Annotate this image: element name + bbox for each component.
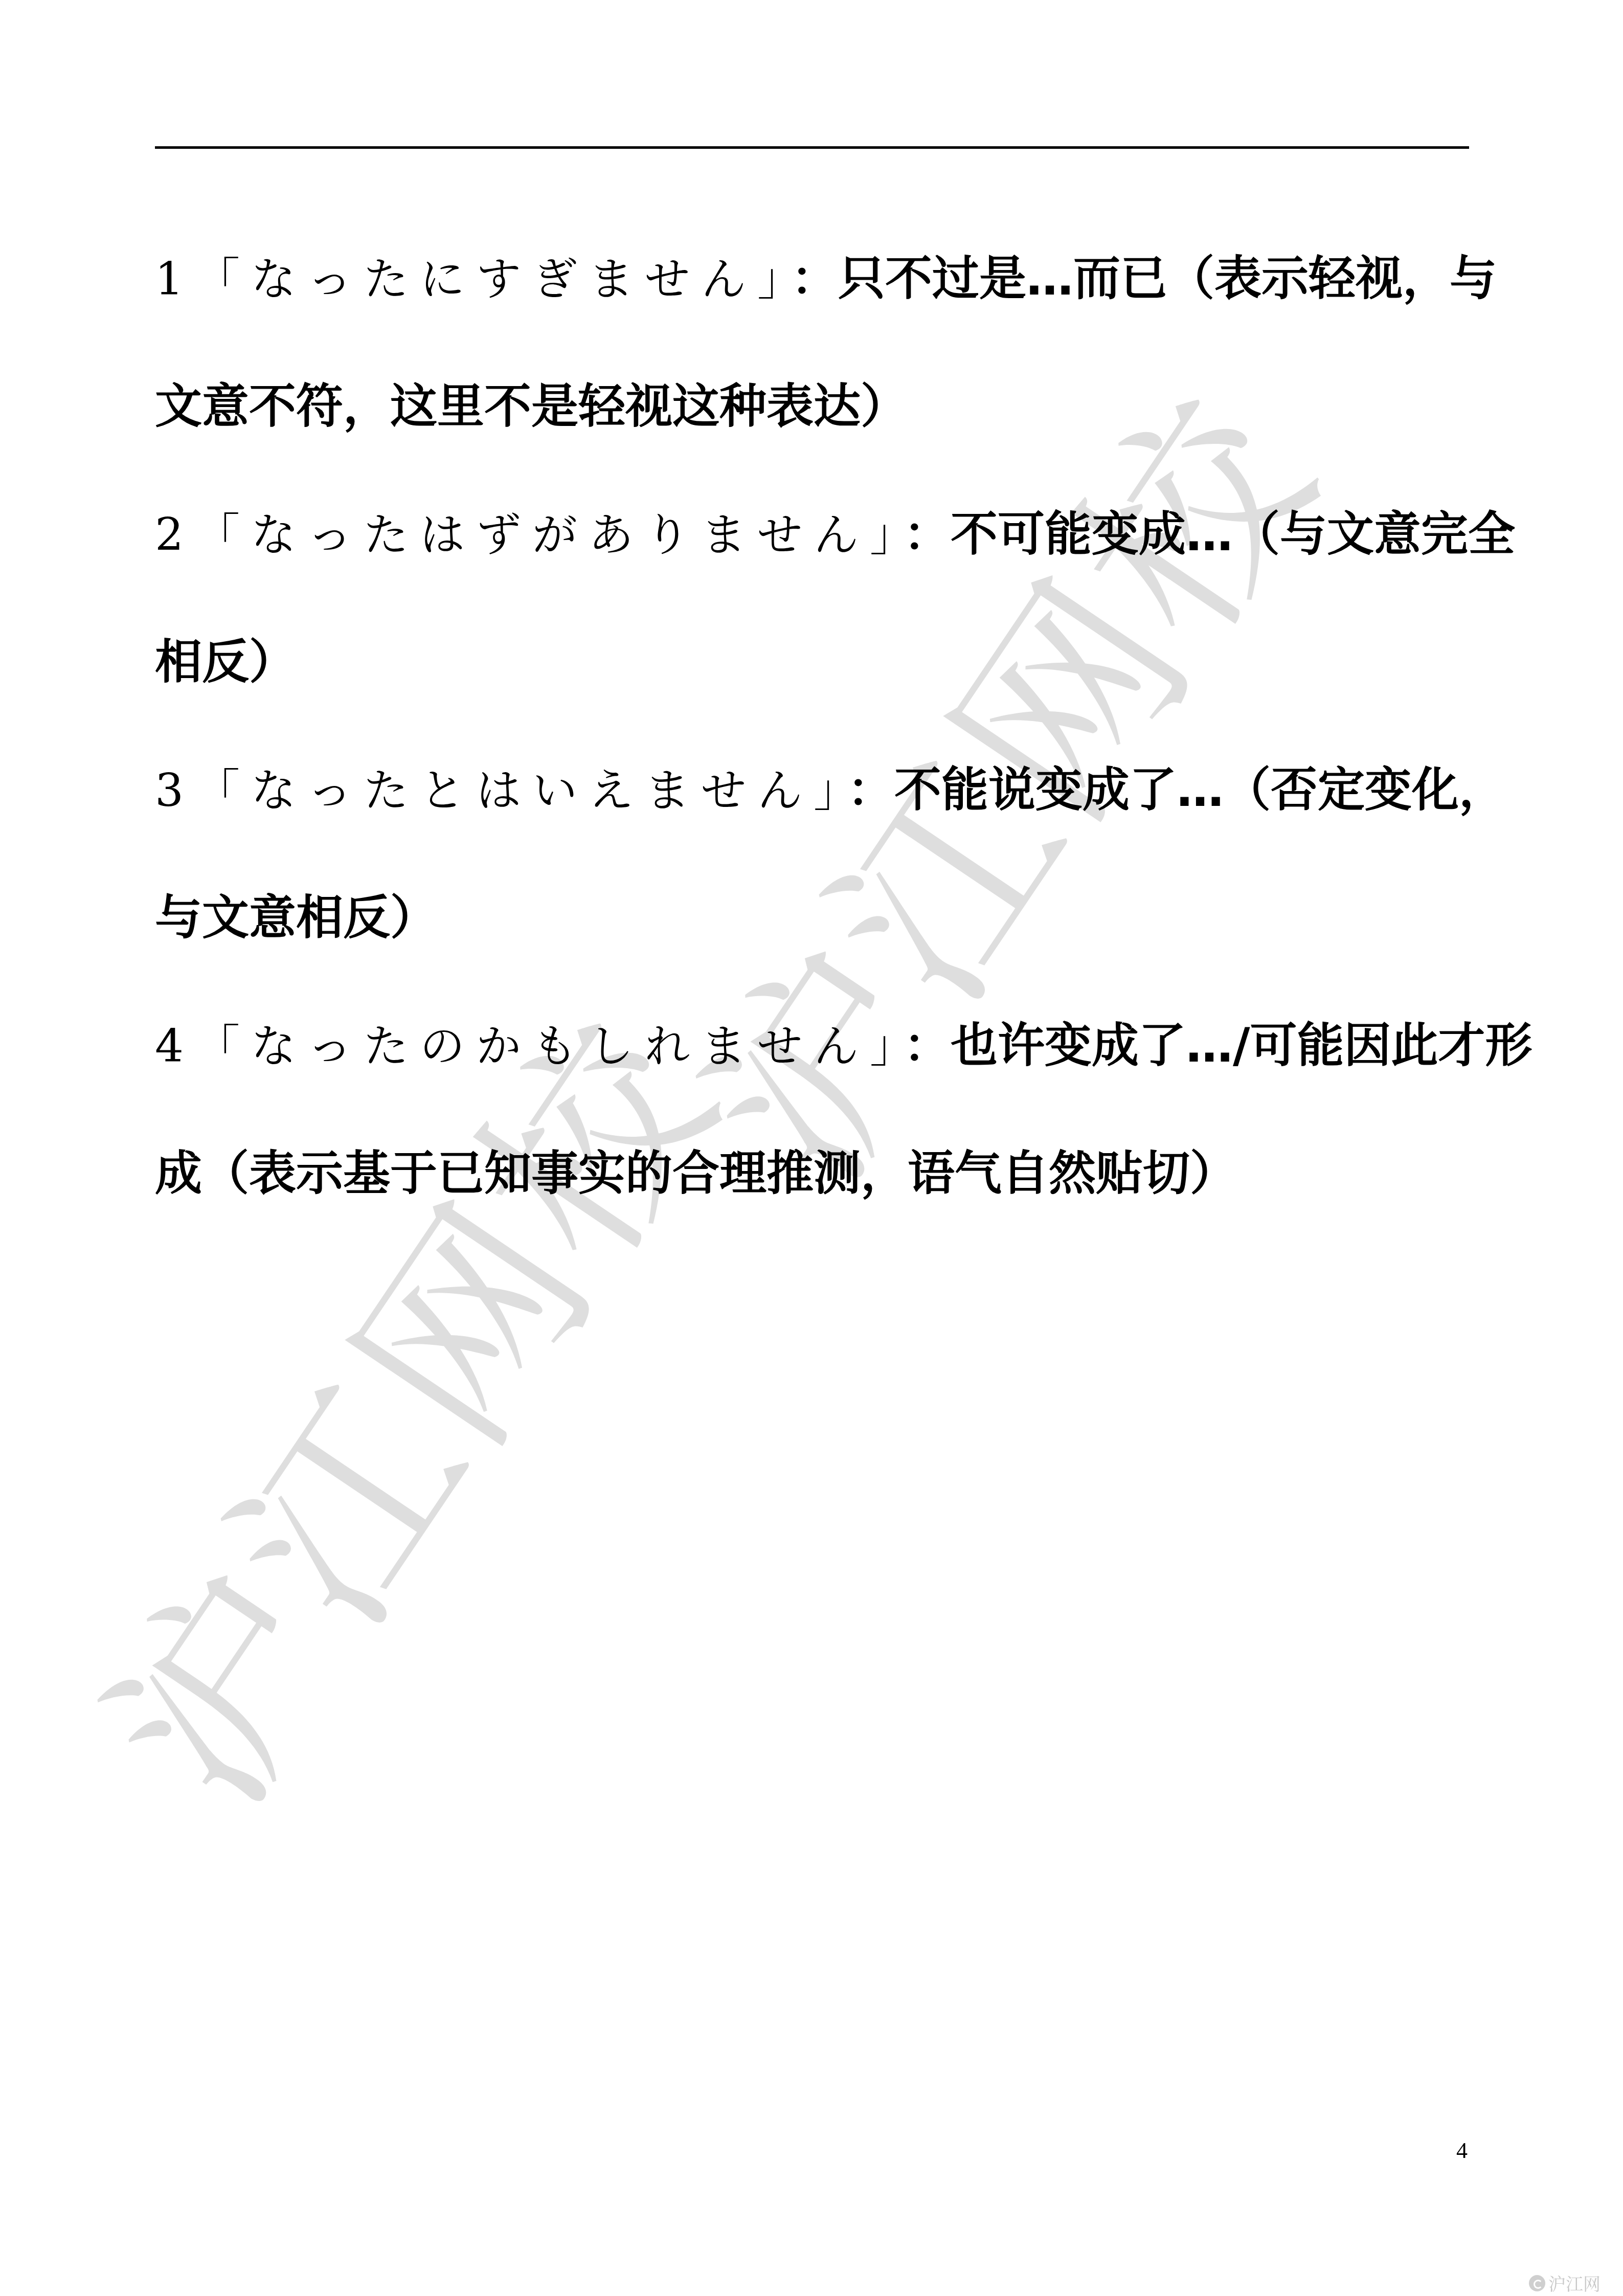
answer-explanations: 1「なったにすぎません」：只不过是…而已（表示轻视，与 文意不符，这里不是轻视这… [155,215,1474,1237]
option-2-line-1: 2「なったはずがありません」：不可能变成…（与文意完全 [155,470,1474,598]
brand-mark: 沪江网 [1529,2270,1601,2295]
option-1-line-2: 文意不符，这里不是轻视这种表达） [155,343,1474,470]
option-japanese: 「なったとはいえません」 [195,764,847,817]
page-number: 4 [1456,2137,1468,2164]
option-explanation-cont: 与文意相反） [155,890,437,945]
document-page: 沪江网校 沪江网校 1「なったにすぎません」：只不过是…而已（表示轻视，与 文意… [0,0,1623,2296]
option-3-line-1: 3「なったとはいえません」：不能说变成了…（否定变化， [155,726,1474,854]
option-explanation-cont: 文意不符，这里不是轻视这种表达） [155,379,908,434]
option-3-line-2: 与文意相反） [155,854,1474,982]
option-japanese: 「なったにすぎません」 [195,253,791,305]
option-number: 4 [155,1020,195,1072]
option-4-line-2: 成（表示基于已知事实的合理推测，语气自然贴切） [155,1110,1474,1237]
brand-text: 沪江网 [1548,2270,1601,2295]
option-4-line-1: 4「なったのかもしれません」：也许变成了…/可能因此才形 [155,982,1474,1110]
option-number: 3 [155,764,195,817]
option-number: 2 [155,508,195,561]
option-explanation-cont: 成（表示基于已知事实的合理推测，语气自然贴切） [155,1146,1237,1201]
option-number: 1 [155,253,195,305]
option-explanation-cont: 相反） [155,635,296,689]
hujiang-logo-icon [1529,2275,1545,2291]
option-explanation: ：不可能变成…（与文意完全 [904,507,1515,561]
option-explanation: ：只不过是…而已（表示轻视，与 [791,251,1497,306]
option-2-line-2: 相反） [155,598,1474,726]
option-1-line-1: 1「なったにすぎません」：只不过是…而已（表示轻视，与 [155,215,1474,343]
option-japanese: 「なったのかもしれません」 [195,1020,904,1072]
option-japanese: 「なったはずがありません」 [195,508,904,561]
option-explanation: ：也许变成了…/可能因此才形 [904,1018,1532,1073]
option-explanation: ：不能说变成了…（否定变化， [847,762,1506,817]
header-rule [155,146,1469,149]
